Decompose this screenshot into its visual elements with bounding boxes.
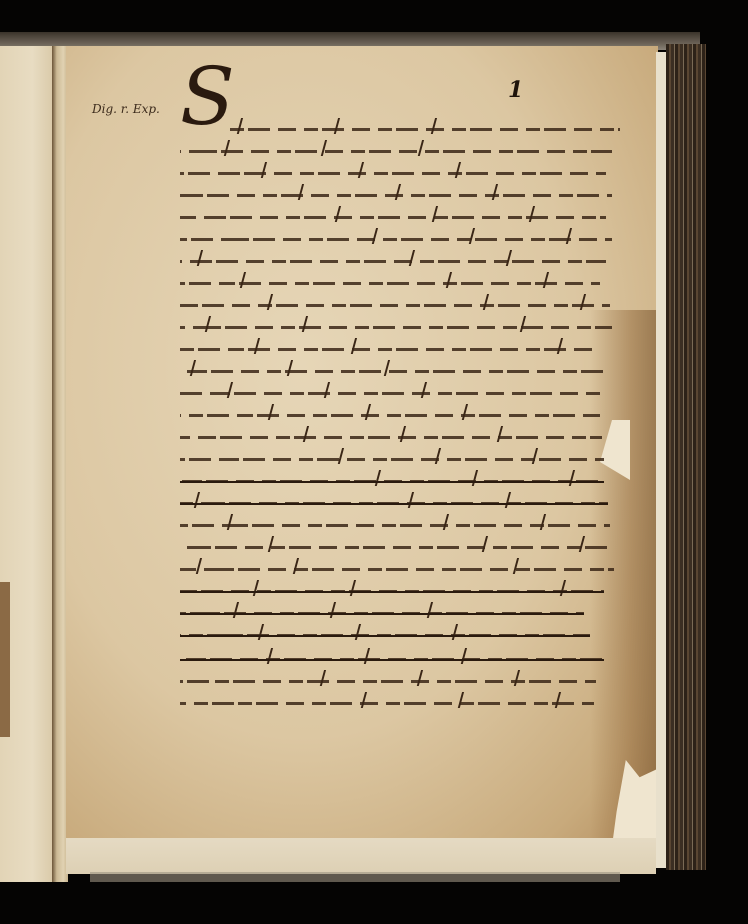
manuscript-line: [illegible cursive] xyxy=(180,536,608,558)
manuscript-line: [illegible cursive] xyxy=(180,382,604,404)
manuscript-line: [illegible cursive] xyxy=(180,558,614,580)
manuscript-line: [illegible cursive] xyxy=(180,272,600,294)
manuscript-line: [illegible cursive] xyxy=(180,228,612,250)
manuscript-line: [illegible cursive] xyxy=(180,206,606,228)
book-fore-edge xyxy=(666,44,706,870)
facing-page-tab xyxy=(0,582,10,737)
page-bottom-margin xyxy=(66,838,656,874)
manuscript-line: [illegible cursive, struck] xyxy=(180,580,604,602)
manuscript-line: [illegible cursive] xyxy=(180,338,600,360)
manuscript-line: [illegible cursive, struck] xyxy=(180,602,584,624)
facing-page-left xyxy=(0,46,54,882)
manuscript-line: [illegible cursive] xyxy=(180,404,600,426)
manuscript-line: [illegible cursive] xyxy=(180,360,604,382)
folio-number: 1 xyxy=(508,77,523,103)
manuscript-line: [illegible cursive, partly struck] xyxy=(180,624,590,646)
manuscript-line: [illegible cursive] xyxy=(180,426,602,448)
manuscript-line: [illegible cursive] xyxy=(180,184,612,206)
manuscript-line: [illegible cursive, partly struck] xyxy=(180,492,608,514)
lower-leaves xyxy=(90,872,620,882)
manuscript-line: [illegible cursive, partly struck] xyxy=(180,470,604,492)
manuscript-line: [illegible cursive] xyxy=(180,316,612,338)
manuscript-line: [illegible cursive] xyxy=(180,514,610,536)
manuscript-line: [illegible cursive, partly struck] xyxy=(180,648,604,670)
manuscript-line: [illegible cursive] xyxy=(180,162,606,184)
manuscript-line: [illegible cursive] xyxy=(180,140,612,162)
manuscript-line: [illegible cursive] xyxy=(180,250,606,272)
manuscript-line: [illegible cursive] xyxy=(180,448,604,470)
manuscript-line: [illegible cursive] xyxy=(180,294,610,316)
margin-note: Dig. r. Exp. xyxy=(92,102,160,116)
manuscript-line: [illegible cursive] xyxy=(180,692,594,714)
initial-letter: S xyxy=(180,50,235,143)
manuscript-line: [illegible cursive] xyxy=(230,118,620,140)
manuscript-line: [illegible cursive] xyxy=(180,670,596,692)
